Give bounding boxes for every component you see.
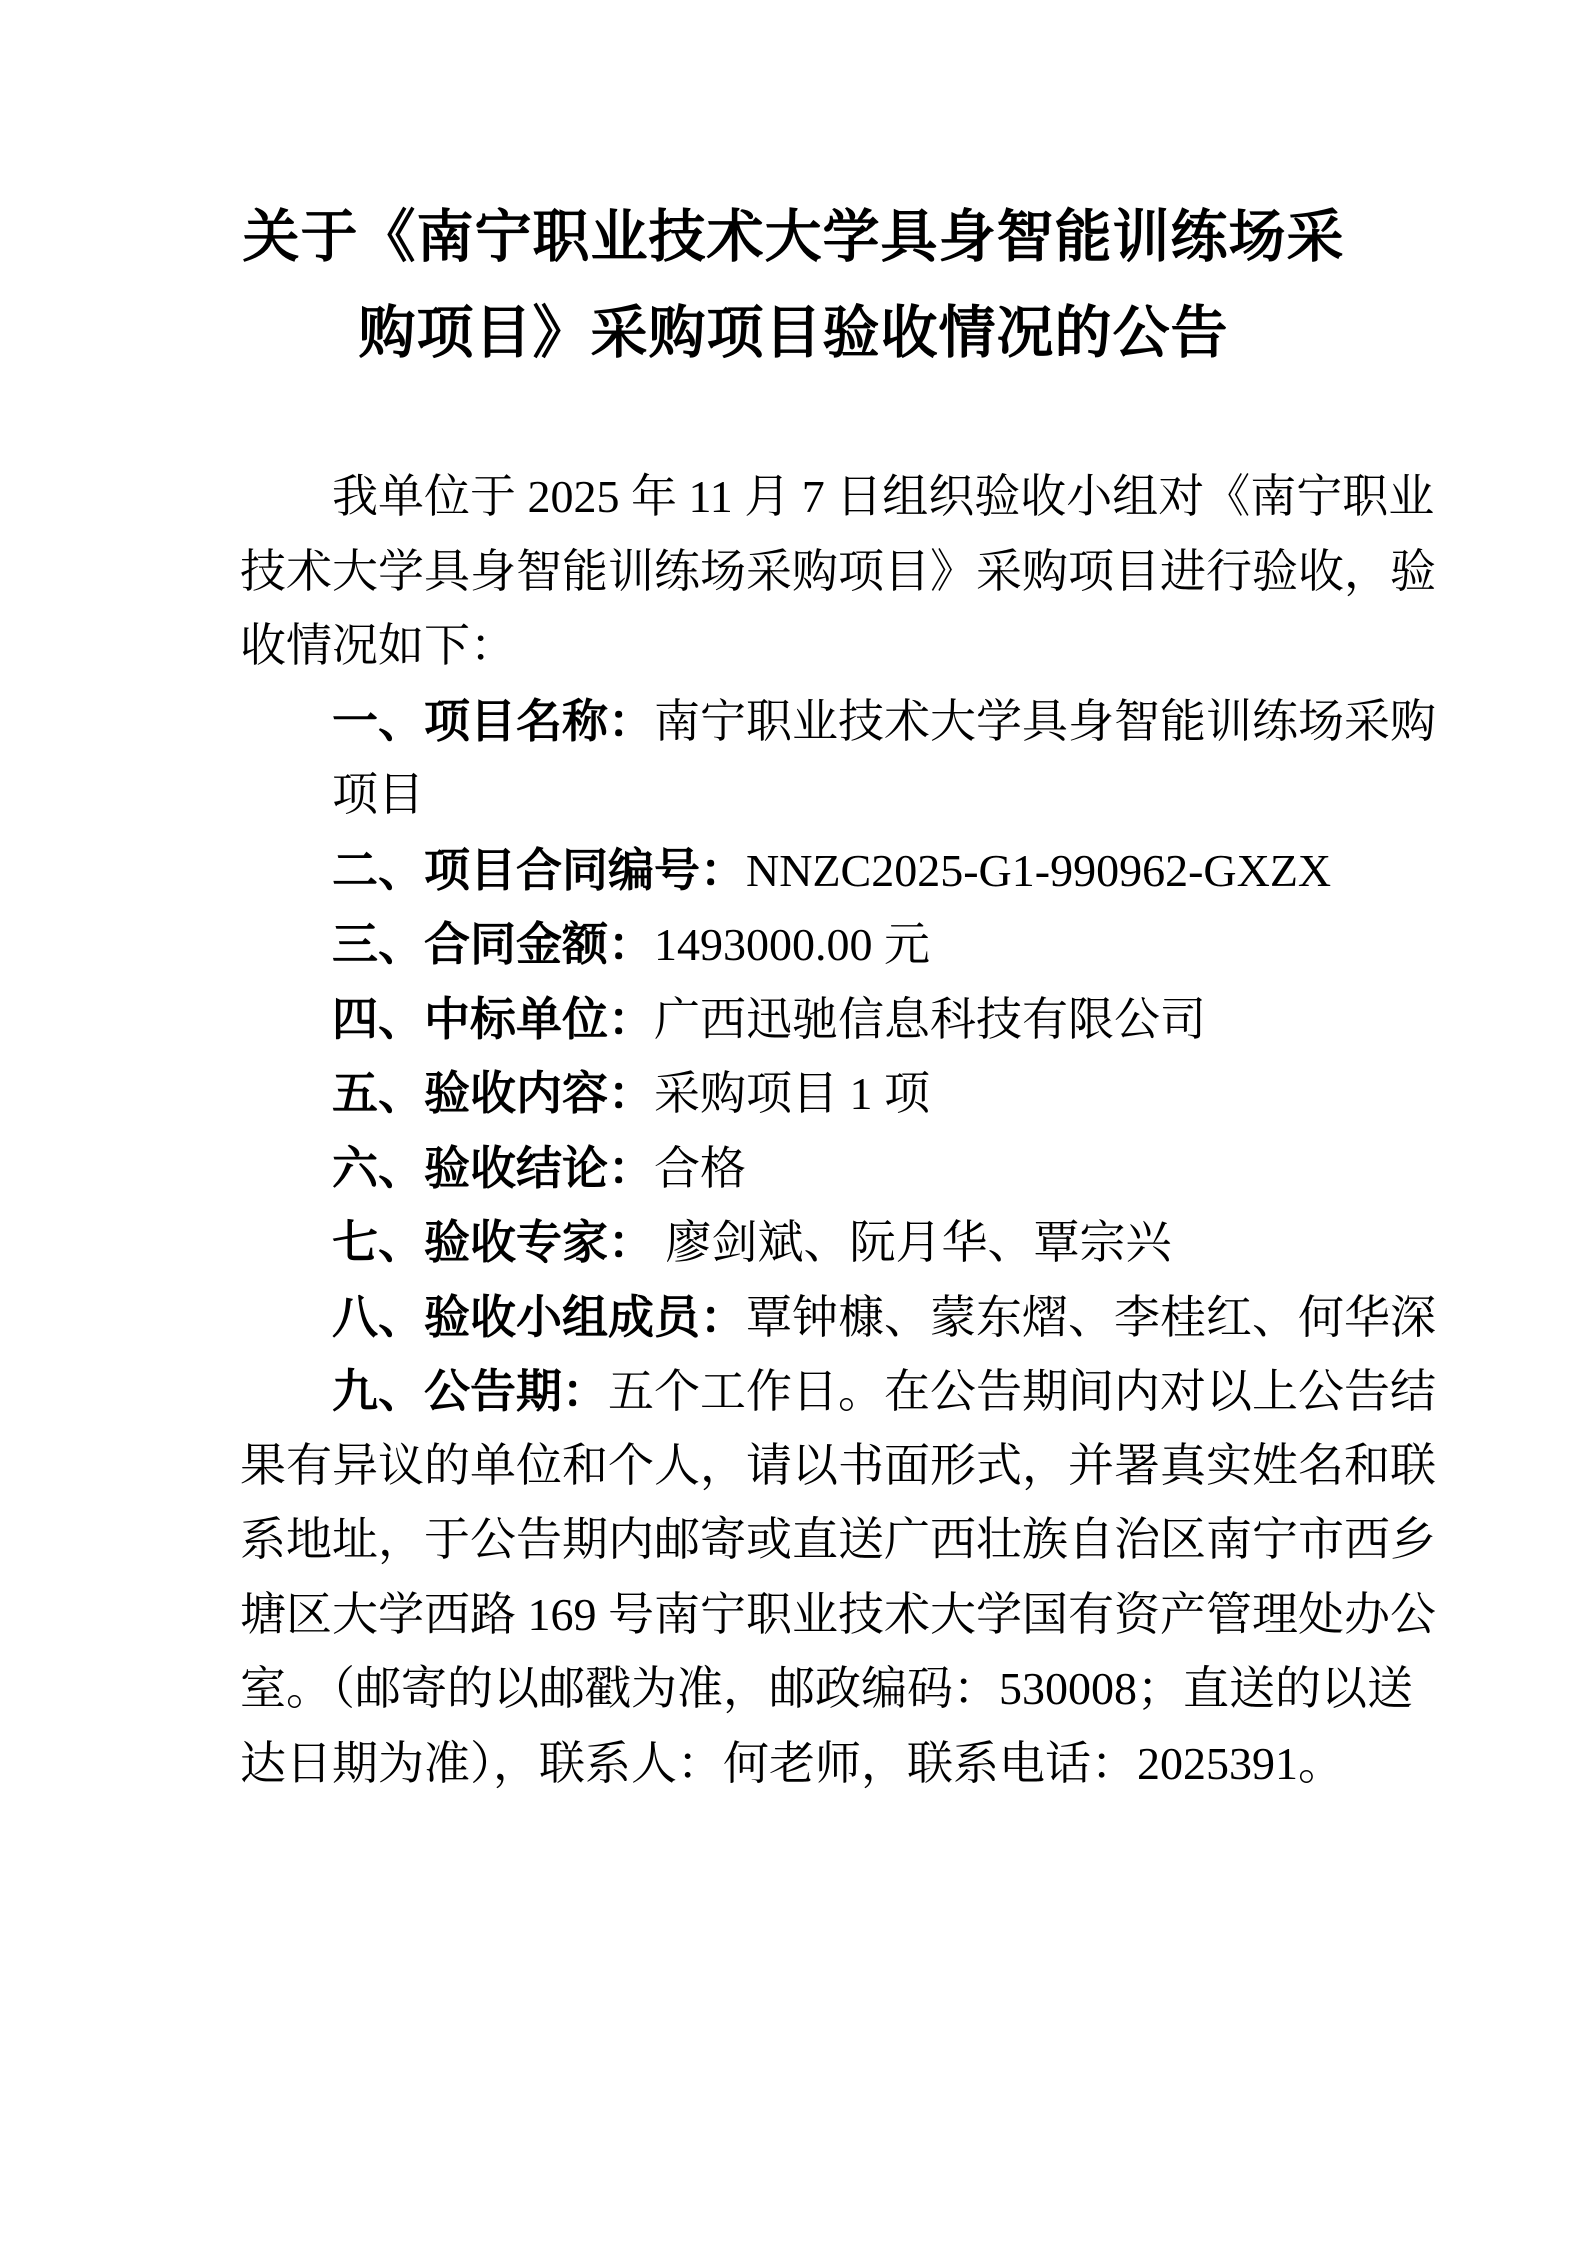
body-line-17: 室。（邮寄的以邮戳为准，邮政编码：530008；直送的以送 xyxy=(240,1652,1450,1727)
body-line-2: 技术大学具身智能训练场采购项目》采购项目进行验收，验 xyxy=(240,535,1450,610)
item-label-text: 八、验收小组成员： xyxy=(332,1291,746,1343)
item-label-text: 二、项目合同编号： xyxy=(332,844,746,896)
title-line-1: 关于《南宁职业技术大学具身智能训练场采 xyxy=(0,190,1587,286)
body-text-run: 塘区大学西路 169 号南宁职业技术大学国有资产管理处办公 xyxy=(240,1589,1436,1640)
body-line-7: 三、合同金额：1493000.00 元 xyxy=(240,907,1450,982)
body-line-10: 六、验收结论：合格 xyxy=(240,1131,1450,1206)
body-text-run: 技术大学具身智能训练场采购项目》采购项目进行验收，验 xyxy=(240,546,1436,597)
body-text-run: NNZC2025-G1-990962-GXZX xyxy=(746,845,1331,896)
item-label-text: 六、验收结论： xyxy=(332,1142,654,1194)
item-label-text: 三、合同金额： xyxy=(332,918,654,970)
item-label-text: 九、公告期： xyxy=(332,1365,608,1417)
body-text-run: 廖剑斌、阮月华、覃宗兴 xyxy=(654,1217,1172,1268)
body-line-3: 收情况如下： xyxy=(240,609,1450,684)
body-text-run: 广西迅驰信息科技有限公司 xyxy=(654,994,1206,1045)
body-line-9: 五、验收内容：采购项目 1 项 xyxy=(240,1056,1450,1131)
title-line-2: 购项目》采购项目验收情况的公告 xyxy=(0,286,1587,382)
body-text-run: 达日期为准），联系人：何老师，联系电话：2025391。 xyxy=(240,1738,1344,1789)
body-text-run: 覃钟槺、蒙东熠、李桂红、何华深 xyxy=(746,1292,1436,1343)
document-body: 我单位于 2025 年 11 月 7 日组织验收小组对《南宁职业技术大学具身智能… xyxy=(240,460,1450,1801)
body-line-6: 二、项目合同编号：NNZC2025-G1-990962-GXZX xyxy=(240,833,1450,908)
body-text-run: 室。（邮寄的以邮戳为准，邮政编码：530008；直送的以送 xyxy=(240,1663,1413,1714)
body-text-run: 五个工作日。在公告期间内对以上公告结 xyxy=(608,1366,1436,1417)
item-label-text: 七、验收专家： xyxy=(332,1216,654,1268)
document-page: 关于《南宁职业技术大学具身智能训练场采 购项目》采购项目验收情况的公告 我单位于… xyxy=(0,0,1587,2245)
body-line-16: 塘区大学西路 169 号南宁职业技术大学国有资产管理处办公 xyxy=(240,1578,1450,1653)
body-text-run: 收情况如下： xyxy=(240,620,516,671)
item-label-text: 四、中标单位： xyxy=(332,993,654,1045)
body-text-run: 我单位于 2025 年 11 月 7 日组织验收小组对《南宁职业 xyxy=(332,471,1434,522)
body-text-run: 系地址，于公告期内邮寄或直送广西壮族自治区南宁市西乡 xyxy=(240,1514,1436,1565)
body-line-1: 我单位于 2025 年 11 月 7 日组织验收小组对《南宁职业 xyxy=(240,460,1450,535)
body-line-4: 一、项目名称：南宁职业技术大学具身智能训练场采购 xyxy=(240,684,1450,759)
body-text-run: 果有异议的单位和个人，请以书面形式，并署真实姓名和联 xyxy=(240,1440,1436,1491)
body-text-run: 采购项目 1 项 xyxy=(654,1068,930,1119)
body-text-run: 项目 xyxy=(332,769,424,820)
body-line-8: 四、中标单位：广西迅驰信息科技有限公司 xyxy=(240,982,1450,1057)
body-line-14: 果有异议的单位和个人，请以书面形式，并署真实姓名和联 xyxy=(240,1429,1450,1504)
body-text-run: 南宁职业技术大学具身智能训练场采购 xyxy=(654,696,1436,747)
document-title: 关于《南宁职业技术大学具身智能训练场采 购项目》采购项目验收情况的公告 xyxy=(0,190,1587,382)
body-line-15: 系地址，于公告期内邮寄或直送广西壮族自治区南宁市西乡 xyxy=(240,1503,1450,1578)
body-line-18: 达日期为准），联系人：何老师，联系电话：2025391。 xyxy=(240,1727,1450,1802)
body-line-11: 七、验收专家： 廖剑斌、阮月华、覃宗兴 xyxy=(240,1205,1450,1280)
item-label-text: 一、项目名称： xyxy=(332,695,654,747)
body-line-13: 九、公告期：五个工作日。在公告期间内对以上公告结 xyxy=(240,1354,1450,1429)
body-text-run: 1493000.00 元 xyxy=(654,919,930,970)
body-line-5: 项目 xyxy=(240,758,1450,833)
body-line-12: 八、验收小组成员：覃钟槺、蒙东熠、李桂红、何华深 xyxy=(240,1280,1450,1355)
body-text-run: 合格 xyxy=(654,1143,746,1194)
item-label-text: 五、验收内容： xyxy=(332,1067,654,1119)
